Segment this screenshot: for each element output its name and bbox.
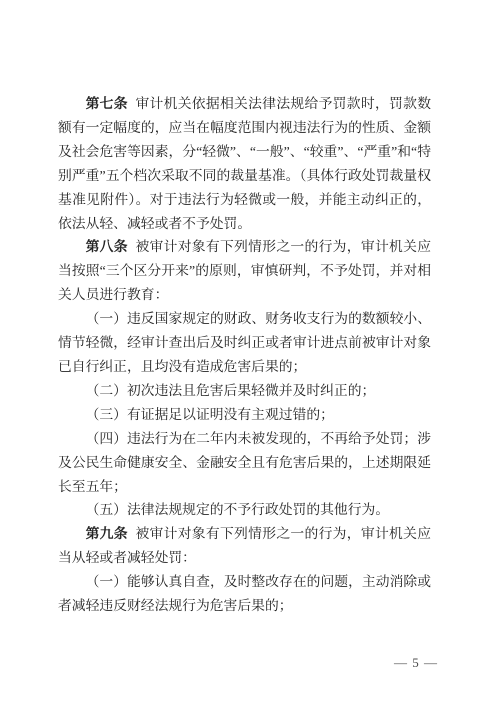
document-page: 第七条审计机关依据相关法律法规给予罚款时，罚款数额有一定幅度的，应当在幅度范围内… (0, 0, 500, 707)
paragraph-text: 审计机关依据相关法律法规给予罚款时，罚款数额有一定幅度的，应当在幅度范围内视违法… (58, 96, 431, 231)
paragraph-article-7: 第七条审计机关依据相关法律法规给予罚款时，罚款数额有一定幅度的，应当在幅度范围内… (58, 92, 431, 235)
paragraph-article-9: 第九条被审计对象有下列情形之一的行为，审计机关应当从轻或者减轻处罚： (58, 522, 431, 570)
paragraph-text: （四）违法行为在二年内未被发现的，不再给予处罚；涉及公民生命健康安全、金融安全且… (58, 431, 431, 494)
paragraph-text: （二）初次违法且危害后果轻微并及时纠正的； (86, 383, 376, 398)
paragraph-item-6: （一）能够认真自查，及时整改存在的问题，主动消除或者减轻违反财经法规行为危害后果… (58, 570, 431, 618)
article-number: 第九条 (86, 526, 128, 541)
page-number: — 5 — (394, 653, 438, 673)
paragraph-text: （一）违反国家规定的财政、财务收支行为的数额较小、情节轻微，经审计查出后及时纠正… (58, 311, 431, 374)
paragraph-article-8: 第八条被审计对象有下列情形之一的行为，审计机关应当按照“三个区分开来”的原则，审… (58, 235, 431, 307)
paragraph-item-1: （一）违反国家规定的财政、财务收支行为的数额较小、情节轻微，经审计查出后及时纠正… (58, 307, 431, 379)
paragraph-item-4: （四）违法行为在二年内未被发现的，不再给予处罚；涉及公民生命健康安全、金融安全且… (58, 427, 431, 499)
article-number: 第七条 (86, 96, 128, 111)
paragraph-text: （一）能够认真自查，及时整改存在的问题，主动消除或者减轻违反财经法规行为危害后果… (58, 574, 431, 613)
paragraph-item-3: （三）有证据足以证明没有主观过错的； (58, 403, 431, 427)
paragraph-text: （三）有证据足以证明没有主观过错的； (86, 407, 334, 422)
paragraph-text: （五）法律法规规定的不予行政处罚的其他行为。 (86, 502, 390, 517)
article-number: 第八条 (86, 239, 128, 254)
paragraph-item-2: （二）初次违法且危害后果轻微并及时纠正的； (58, 379, 431, 403)
paragraph-item-5: （五）法律法规规定的不予行政处罚的其他行为。 (58, 498, 431, 522)
document-body: 第七条审计机关依据相关法律法规给予罚款时，罚款数额有一定幅度的，应当在幅度范围内… (58, 92, 431, 618)
